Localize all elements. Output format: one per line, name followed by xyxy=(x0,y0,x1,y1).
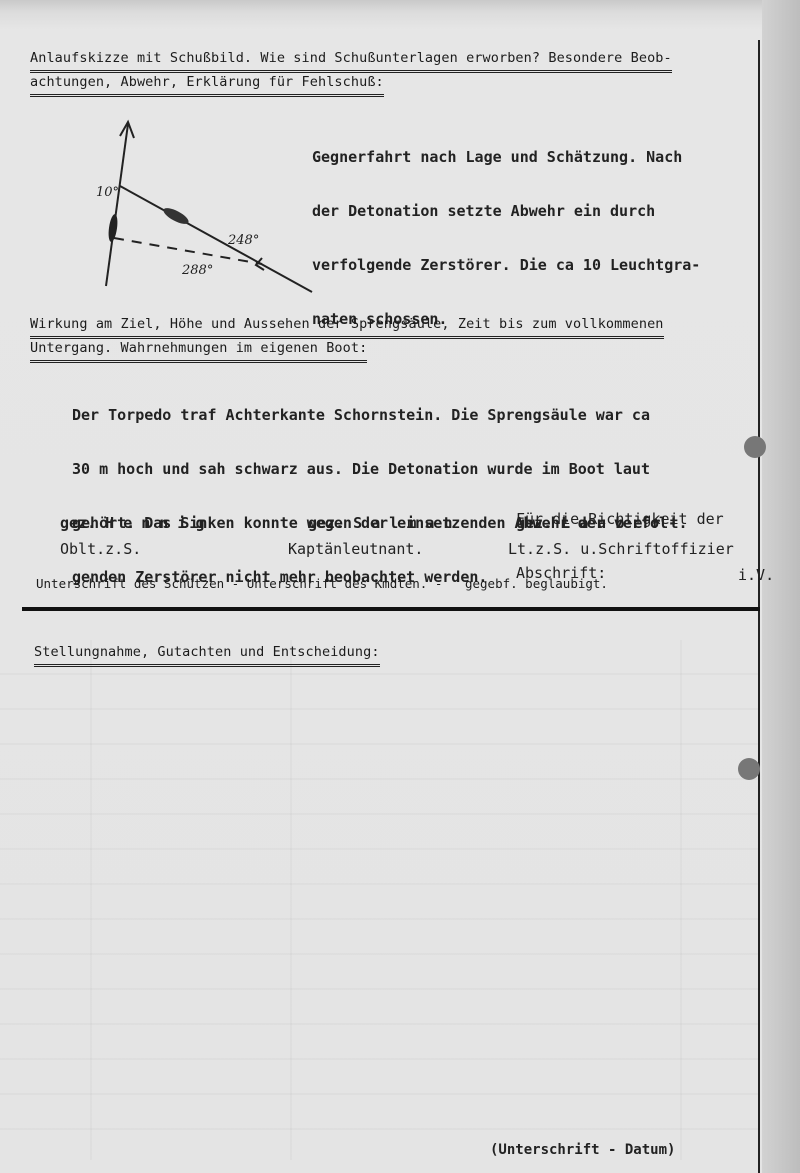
section2-heading-line2: Untergang. Wahrnehmungen im eigenen Boot… xyxy=(30,336,367,363)
section-divider xyxy=(22,607,760,611)
iv-note: i.V. xyxy=(738,566,774,584)
svg-text:248°: 248° xyxy=(227,233,259,248)
svg-text:288°: 288° xyxy=(181,263,213,278)
signature-laubert: gez. L a u b e r t. xyxy=(516,514,688,532)
footer-caption: (Unterschrift - Datum) xyxy=(490,1142,675,1158)
rank-hennig: Oblt.z.S. xyxy=(60,540,141,558)
document-page: Anlaufskizze mit Schußbild. Wie sind Sch… xyxy=(0,0,800,1173)
signature-salman: gez. S a l m a n xyxy=(308,514,453,532)
signature-caption: Unterschrift des Schützen - Unterschrift… xyxy=(36,576,608,591)
signature-hennig: gez. H e n n i g xyxy=(60,514,205,532)
svg-text:10°: 10° xyxy=(96,185,119,200)
rank-salman: Kaptänleutnant. xyxy=(288,540,423,558)
rank-laubert: Lt.z.S. u.Schriftoffizier xyxy=(508,540,734,558)
section2-heading-line1: Wirkung am Ziel, Höhe und Aussehen der S… xyxy=(30,312,664,339)
section3-heading: Stellungnahme, Gutachten und Entscheidun… xyxy=(34,640,380,667)
